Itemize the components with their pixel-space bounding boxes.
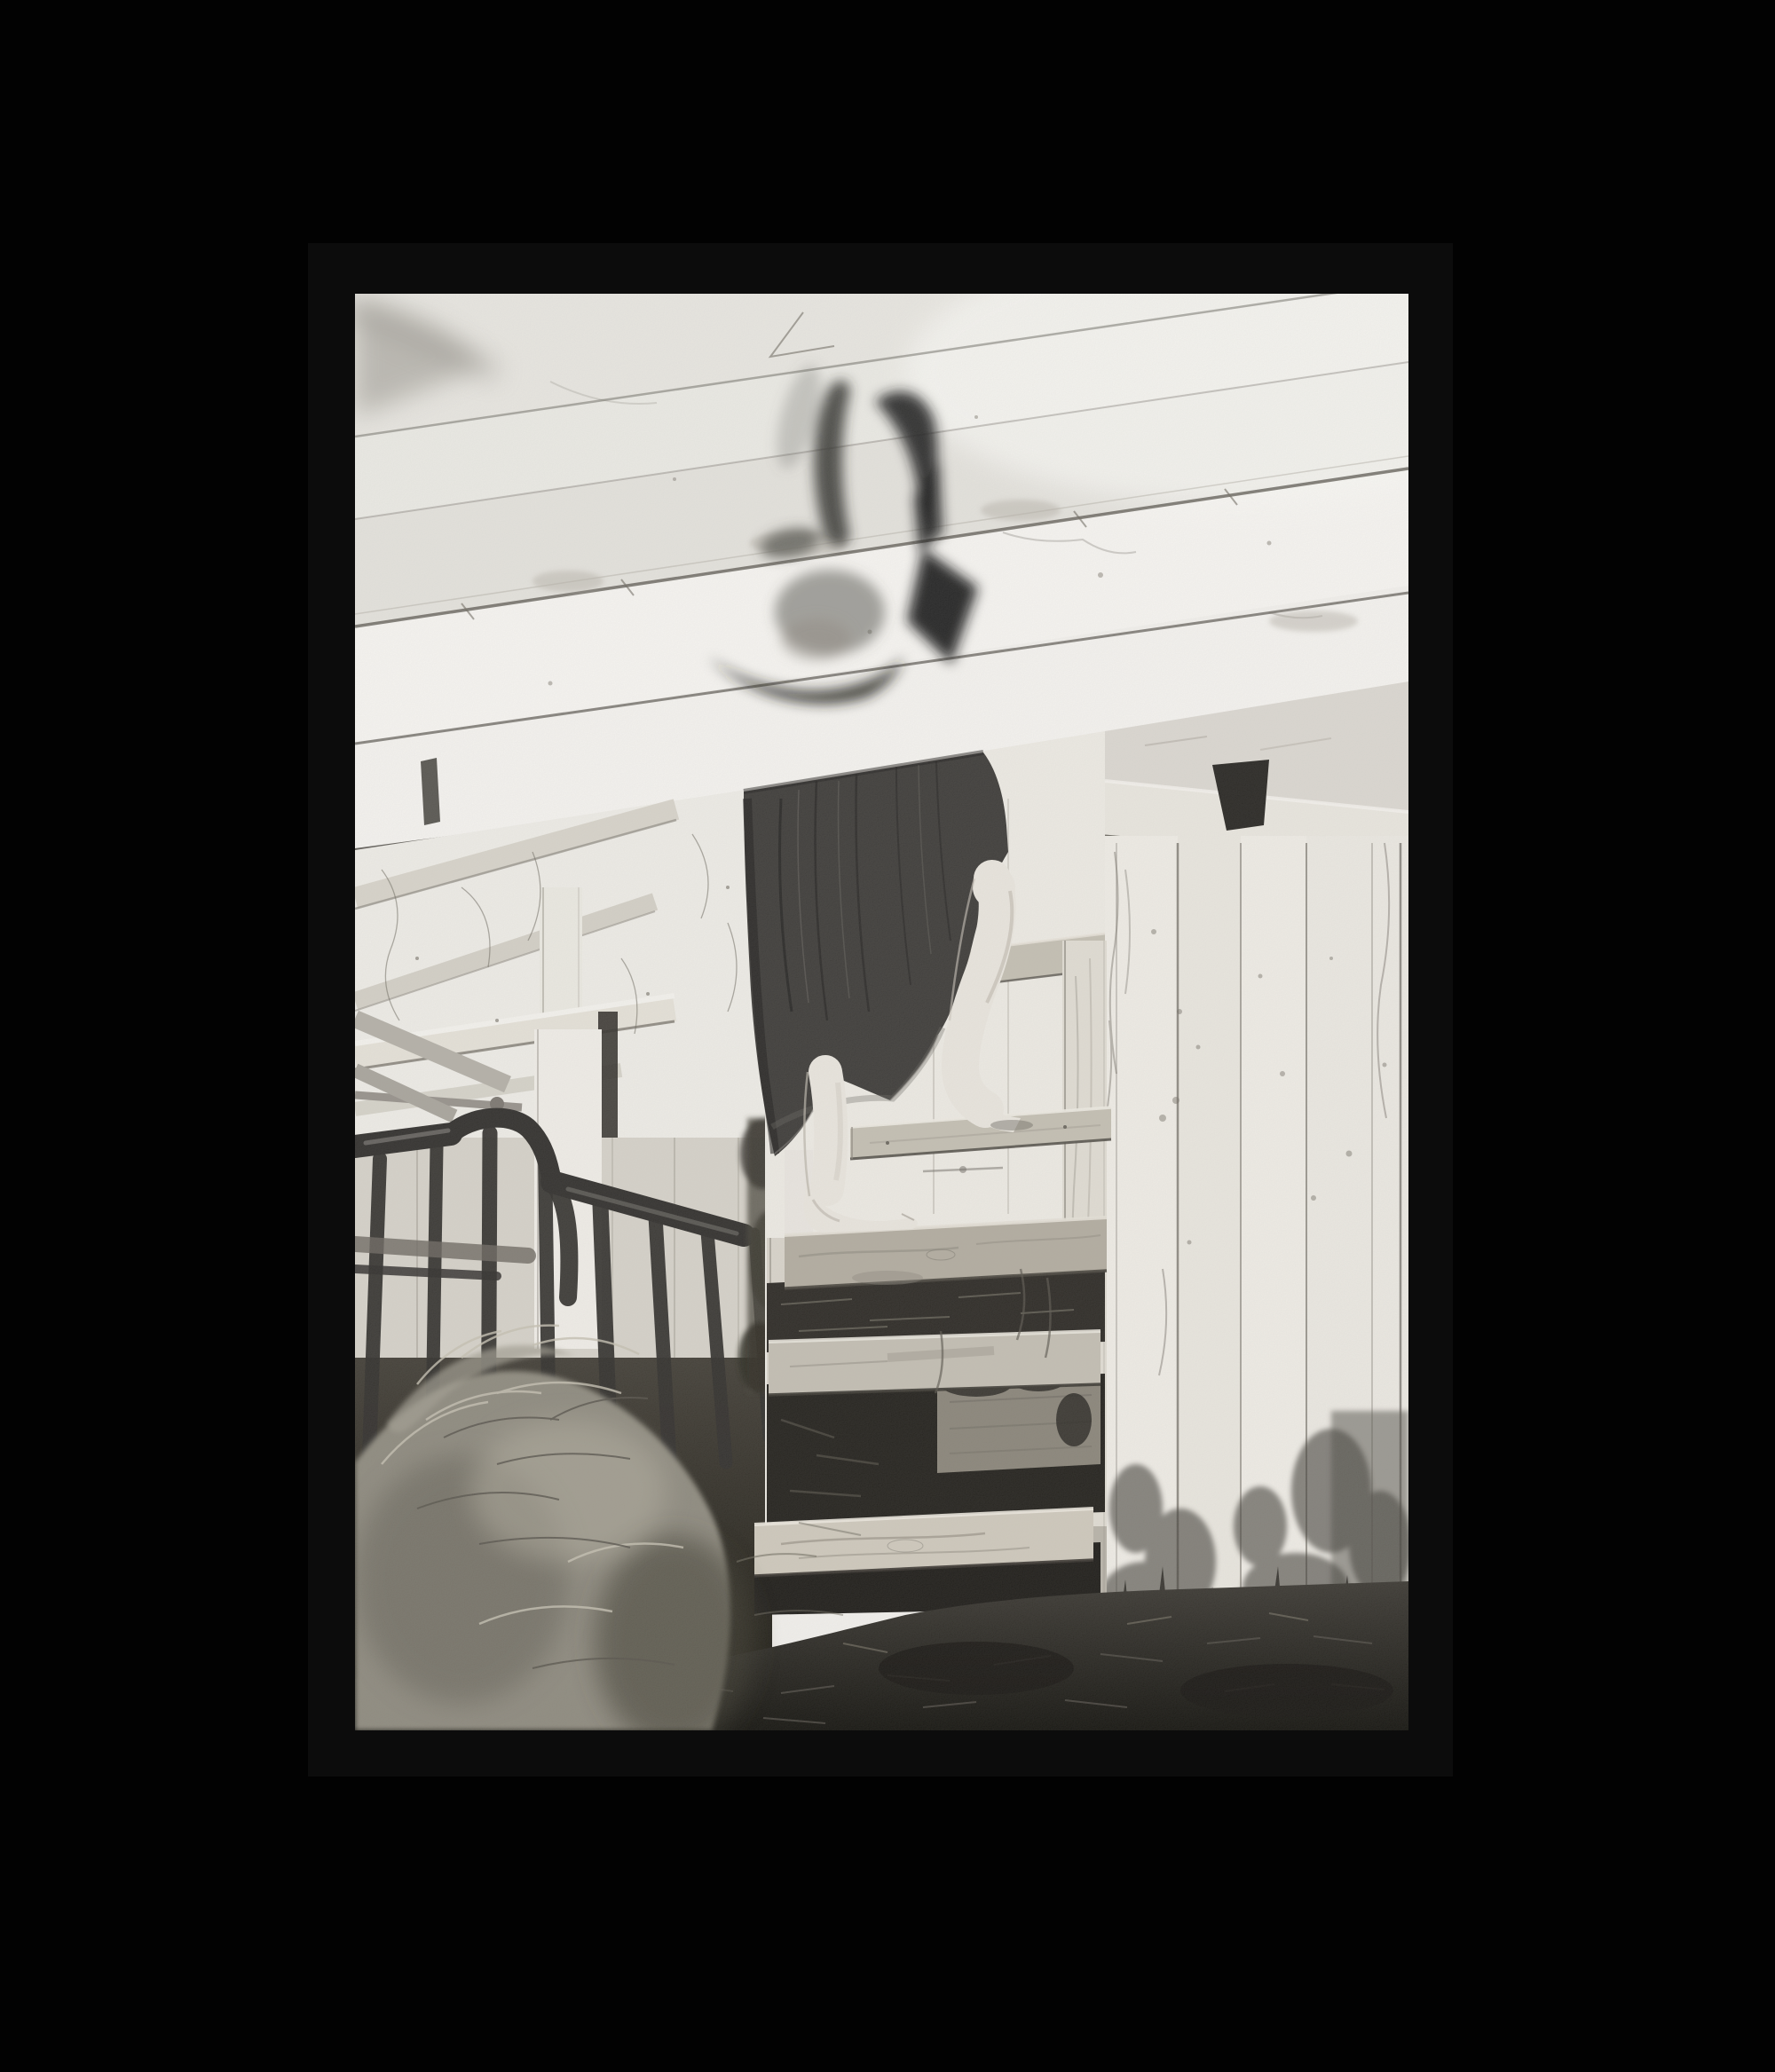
photograph-frame: [0, 0, 1775, 2072]
artwork: [0, 0, 1775, 2072]
film-grain-overlay: [355, 294, 1408, 1730]
photo-image: [344, 240, 1580, 1748]
